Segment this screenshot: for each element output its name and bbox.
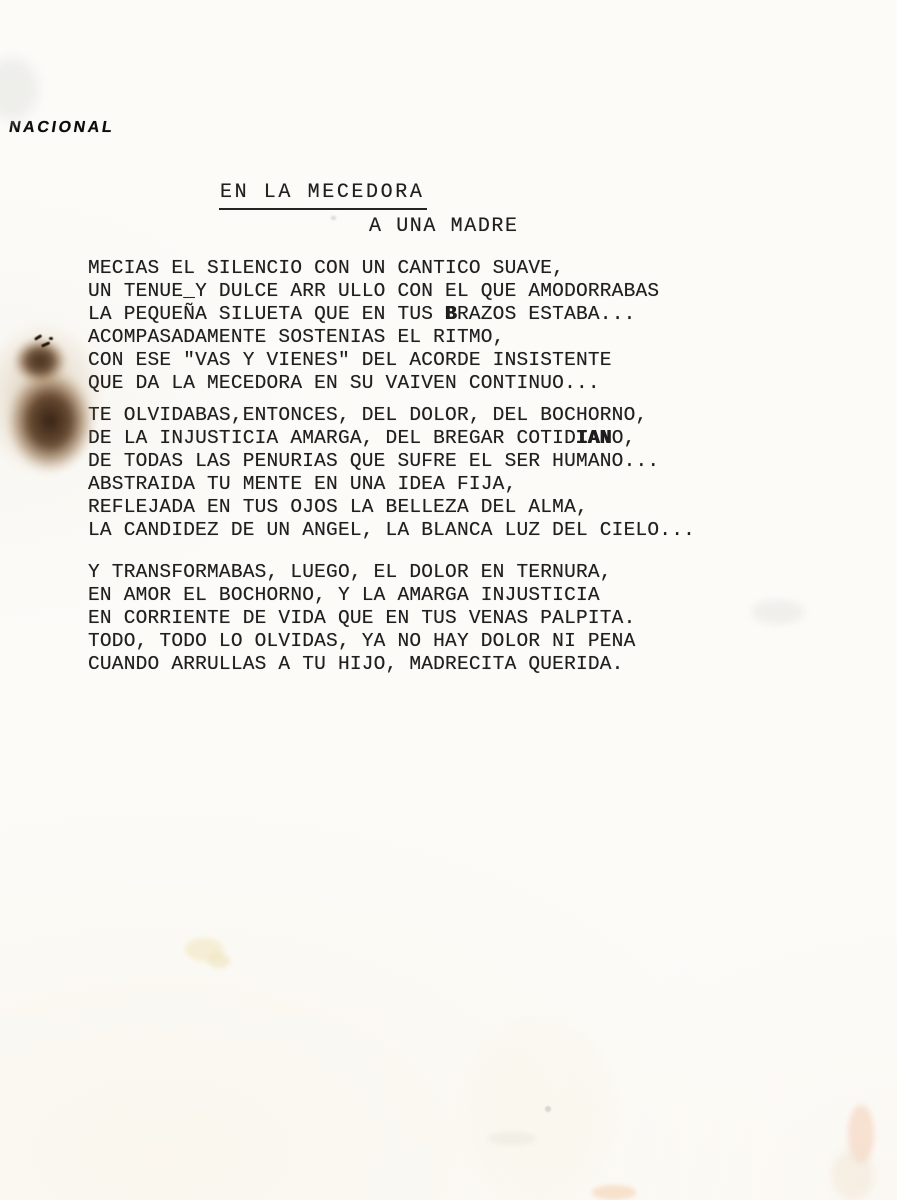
- poem-line: ACOMPASADAMENTE SOSTENIAS EL RITMO,: [88, 326, 695, 349]
- paper-stain: [592, 1185, 636, 1200]
- scanned-document-page: NACIONAL EN LA MECEDORA A UNA MADRE MECI…: [0, 0, 897, 1200]
- poem-line: LA PEQUEÑA SILUETA QUE EN TUS BRAZOS EST…: [88, 303, 695, 326]
- poem-line: CUANDO ARRULLAS A TU HIJO, MADRECITA QUE…: [88, 653, 695, 676]
- paper-stain: [208, 953, 230, 968]
- paper-stain: [832, 1150, 874, 1200]
- poem-line: EN CORRIENTE DE VIDA QUE EN TUS VENAS PA…: [88, 607, 695, 630]
- paper-stain: [848, 1105, 874, 1163]
- poem-line: ABSTRAIDA TU MENTE EN UNA IDEA FIJA,: [88, 473, 695, 496]
- poem-line: UN TENUE_Y DULCE ARR ULLO CON EL QUE AMO…: [88, 280, 695, 303]
- paper-speck: [331, 216, 336, 220]
- paper-smudge: [0, 58, 38, 120]
- paper-stain: [185, 938, 223, 961]
- poem-line: MECIAS EL SILENCIO CON UN CANTICO SUAVE,: [88, 257, 695, 280]
- poem-title: EN LA MECEDORA: [219, 181, 427, 210]
- poem-line: DE LA INJUSTICIA AMARGA, DEL BREGAR COTI…: [88, 427, 695, 450]
- poem-dedication: A UNA MADRE: [369, 215, 519, 238]
- poem-line: EN AMOR EL BOCHORNO, Y LA AMARGA INJUSTI…: [88, 584, 695, 607]
- poem-line: TE OLVIDABAS,ENTONCES, DEL DOLOR, DEL BO…: [88, 404, 695, 427]
- ink-speck: [49, 337, 53, 340]
- poem-line: CON ESE "VAS Y VIENES" DEL ACORDE INSIST…: [88, 349, 695, 372]
- poem-body: MECIAS EL SILENCIO CON UN CANTICO SUAVE,…: [88, 257, 695, 695]
- poem-line: TODO, TODO LO OLVIDAS, YA NO HAY DOLOR N…: [88, 630, 695, 653]
- poem-line: LA CANDIDEZ DE UN ANGEL, LA BLANCA LUZ D…: [88, 519, 695, 542]
- paper-stain: [470, 1020, 610, 1200]
- stanza: Y TRANSFORMABAS, LUEGO, EL DOLOR EN TERN…: [88, 561, 695, 676]
- ink-speck: [41, 341, 50, 347]
- paper-smudge: [752, 600, 804, 624]
- poem-line: DE TODAS LAS PENURIAS QUE SUFRE EL SER H…: [88, 450, 695, 473]
- poem-line: REFLEJADA EN TUS OJOS LA BELLEZA DEL ALM…: [88, 496, 695, 519]
- paper-speck: [545, 1106, 551, 1112]
- ink-speck: [34, 334, 42, 340]
- stanza: TE OLVIDABAS,ENTONCES, DEL DOLOR, DEL BO…: [88, 404, 695, 542]
- poem-line: Y TRANSFORMABAS, LUEGO, EL DOLOR EN TERN…: [88, 561, 695, 584]
- poem-line: QUE DA LA MECEDORA EN SU VAIVEN CONTINUO…: [88, 372, 695, 395]
- letterhead-nacional: NACIONAL: [8, 119, 116, 137]
- stanza: MECIAS EL SILENCIO CON UN CANTICO SUAVE,…: [88, 257, 695, 395]
- paper-smudge: [488, 1132, 536, 1145]
